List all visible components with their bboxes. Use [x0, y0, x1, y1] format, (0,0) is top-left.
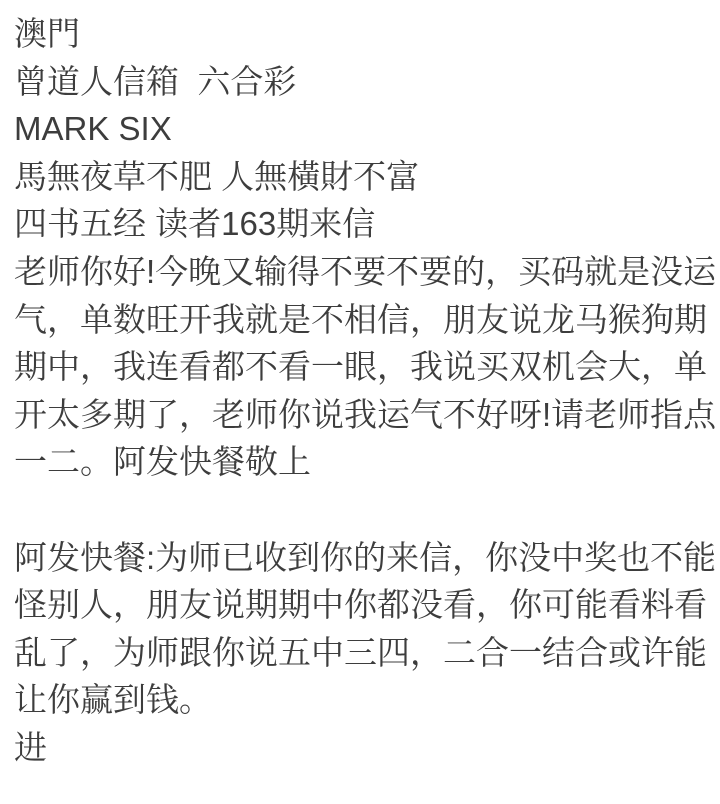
reply-line-3: 乱了，为师跟你说五中三四，二合一结合或许能 — [14, 629, 716, 677]
english-title: MARK SIX — [14, 105, 716, 153]
reply-line-4: 让你赢到钱。 — [14, 676, 716, 724]
letter-line-2: 气，单数旺开我就是不相信，朋友说龙马猴狗期 — [14, 296, 716, 344]
article-page: 澳門 曾道人信箱 六合彩 MARK SIX 馬無夜草不肥 人無橫財不富 四书五经… — [0, 0, 720, 804]
reply-line-1: 阿发快餐:为师已收到你的来信，你没中奖也不能 — [14, 534, 716, 582]
letter-line-1: 老师你好!今晚又输得不要不要的，买码就是没运 — [14, 248, 716, 296]
mailbox-title: 曾道人信箱 六合彩 — [14, 58, 716, 106]
proverb-line: 馬無夜草不肥 人無橫財不富 — [14, 153, 716, 201]
issue-heading: 四书五经 读者163期来信 — [14, 200, 716, 248]
letter-line-4: 开太多期了，老师你说我运气不好呀!请老师指点 — [14, 391, 716, 439]
blank-line — [14, 486, 716, 534]
region-title: 澳門 — [14, 10, 716, 58]
footer-char: 进 — [14, 724, 716, 772]
reply-line-2: 怪别人，朋友说期期中你都没看，你可能看料看 — [14, 581, 716, 629]
letter-line-5: 一二。阿发快餐敬上 — [14, 438, 716, 486]
letter-line-3: 期中，我连看都不看一眼，我说买双机会大，单 — [14, 343, 716, 391]
